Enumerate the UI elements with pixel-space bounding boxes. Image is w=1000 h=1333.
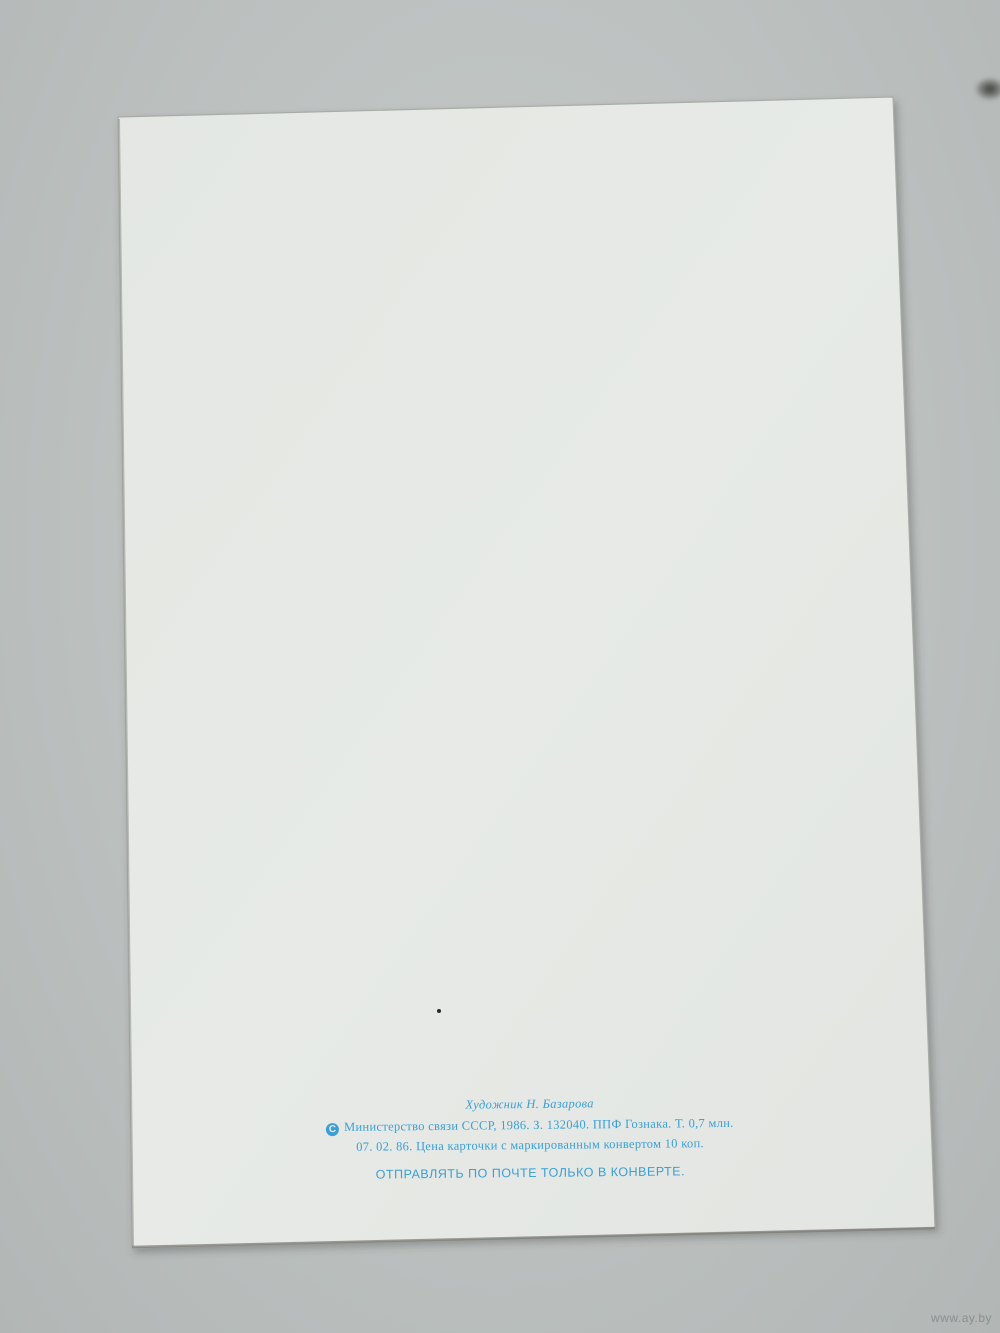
artist-label: Художник	[465, 1097, 523, 1112]
dust-speck	[437, 1009, 441, 1013]
postcard-imprint: Художник Н. Базарова CМинистерство связи…	[250, 1091, 811, 1186]
artist-name: Н. Базарова	[526, 1096, 594, 1111]
copyright-text: Министерство связи СССР, 1986. З. 132040…	[344, 1116, 734, 1134]
watermark: www.ay.by	[931, 1311, 992, 1325]
copyright-icon: C	[326, 1123, 339, 1136]
